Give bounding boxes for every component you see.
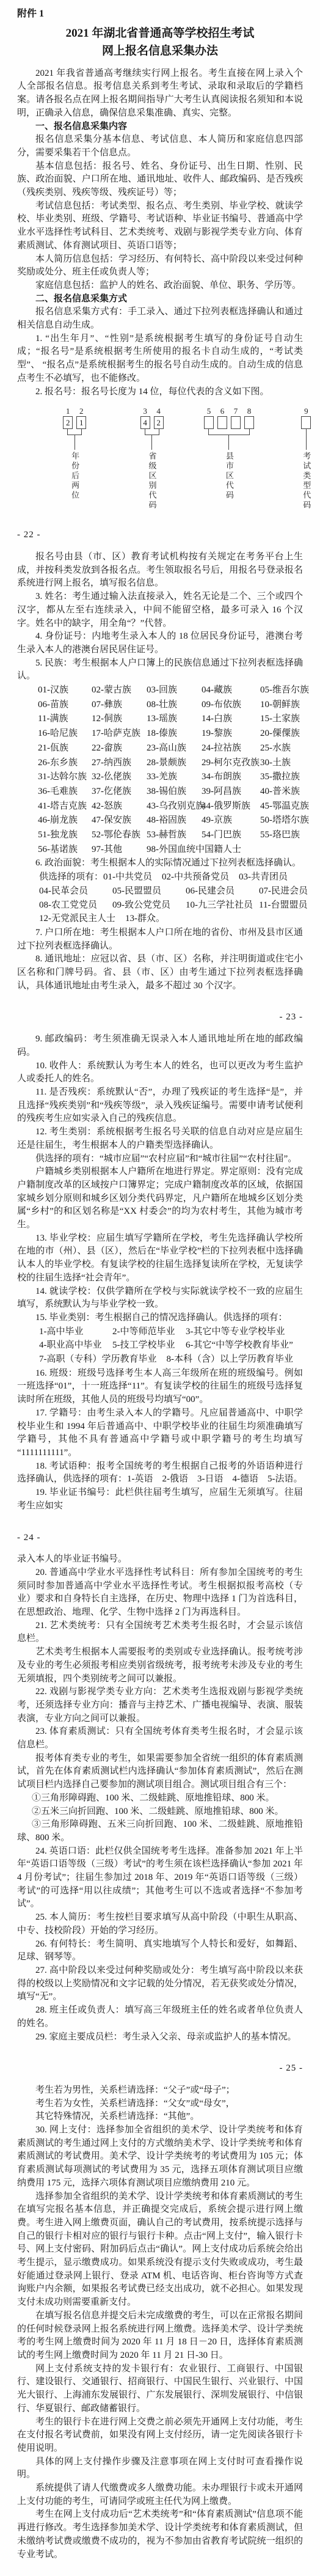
paragraph: 6. 政治面貌：考生根据本人的实际情况通过下拉列表框选择确认。 xyxy=(17,857,303,870)
ethnicity-item: 13-瑶族 xyxy=(147,713,202,726)
option-item: 12-无党派民主人士 xyxy=(39,912,115,926)
doc-title-line2: 网上报名信息采集办法 xyxy=(17,42,303,60)
option-item: 04-民革会员 xyxy=(39,885,103,898)
paragraph: ③三角形障碍跑、五米三向折回跑、100 米、二级蛙跳、原地推铅球、800 米。 xyxy=(17,1818,303,1844)
digit-position-label: 6 xyxy=(220,406,225,416)
ethnicity-item: 33-羌族 xyxy=(147,771,202,784)
ethnicity-item: 36-毛难族 xyxy=(38,785,92,799)
digit-cell: 9 xyxy=(300,406,312,429)
ethnicity-item: 20-傈僳族 xyxy=(260,727,309,741)
paragraph: 录入本人的毕业证书编号。 xyxy=(17,1553,303,1566)
paragraph: ②五米三向折回跑、100 米、二级蛙跳、原地推铅球、800 米。 xyxy=(17,1805,303,1819)
option-row: 04-民革会员05-民盟盟员06-民建会员07-民进会员 xyxy=(17,885,303,898)
ethnicity-item: 14-白族 xyxy=(202,713,260,726)
page-number: - 22 - xyxy=(17,529,303,542)
digit-box: 2 xyxy=(63,416,73,429)
paragraph: 考试信息包括：考试类型、报名点、考生类别、毕业学校、就读学校、毕业类别、班级、学… xyxy=(17,200,303,253)
ethnicity-item: 40-普米族 xyxy=(260,785,309,799)
registration-number-diagram: 1221年份后两位3442省级区别代码5678县市区代码9考试类型代码10考试科… xyxy=(42,406,303,510)
option-row: 12-无党派民主人士13-群众。 xyxy=(17,912,303,926)
digit-cells: 3442 xyxy=(139,406,164,429)
digit-cells: 9 xyxy=(300,406,312,429)
paragraph: 其它特殊情况，关系栏请选择：“其他”。 xyxy=(17,2110,303,2124)
paragraph: 网上支付系统支持的发卡银行有：农业银行、工商银行、中国银行、建设银行、交通银行、… xyxy=(17,2363,303,2416)
digit-box: 1 xyxy=(76,416,86,429)
ethnicity-item: 11-满族 xyxy=(38,713,92,726)
ethnicity-item: 04-藏族 xyxy=(202,684,260,697)
section-heading: 一、报名信息采集内容 xyxy=(17,120,303,134)
ethnicity-item: 48-裕固族 xyxy=(147,814,202,827)
ethnicity-item: 03-回族 xyxy=(147,684,202,697)
paragraph: 20. 普通高中学业水平选择性考试科目：所有参加全国统考的考生须同时参加普通高中… xyxy=(17,1566,303,1620)
option-item: 06-民建会员 xyxy=(186,885,249,898)
digit-position-label: 2 xyxy=(79,406,84,416)
paragraph: 2. 报名号：报名号长度为 14 位，每位代表的含义如下图。 xyxy=(17,386,303,399)
option-item: 13-群众。 xyxy=(125,912,189,926)
group-label: 省级区别代码 xyxy=(145,452,159,510)
digit-group: 9考试类型代码 xyxy=(266,406,320,510)
paragraph: 18. 考试语种：报考全国统考的考生根据自己报考的外语语种进行选择确认，供选择的… xyxy=(17,1460,303,1486)
ethnicity-item: 02-蒙古族 xyxy=(92,684,147,697)
digit-box xyxy=(217,416,227,429)
digit-cell: 34 xyxy=(139,406,151,429)
ethnicity-item: 19-黎族 xyxy=(202,727,260,741)
paragraph: 户籍城乡类别根据本人户籍所在地进行界定。界定原则：没有完成户籍制度改革的区域按户… xyxy=(17,1165,303,1232)
ethnicity-item: 25-水族 xyxy=(260,742,309,755)
paragraph: 10. 收件人：系统默认为考生本人的姓名，也可以更改为考生监护人或委托人的姓名。 xyxy=(17,1060,303,1086)
group-label: 县市区代码 xyxy=(222,452,236,501)
option-item: 02-中共预备党员 xyxy=(162,871,229,884)
paragraph: ①三角形障碍跑、100 米、二级蛙跳、原地推铅球、800 米。 xyxy=(17,1792,303,1805)
option-row: 7-高职（专科）学历教育毕业8-本科（含）以上学历教育毕业 xyxy=(17,1353,303,1367)
page-number: - 24 - xyxy=(17,1532,303,1545)
ethnicity-item: 26-东乡族 xyxy=(38,757,92,770)
paragraph: 12. 考生类别：系统根据考生报名号关联的信息自动对应是应届生还是往届生，考生根… xyxy=(17,1126,303,1152)
ethnicity-item: 52-鄂伦春族 xyxy=(92,829,147,842)
group-stem xyxy=(151,435,152,450)
ethnicity-item: 45-鄂温克族 xyxy=(260,800,309,813)
paragraph: 9. 邮政编码：考生须准确无误录入本人通讯地址所在地的邮政编码。 xyxy=(17,1033,303,1059)
ethnicity-item: 34-布朗族 xyxy=(202,771,260,784)
document-page: 附件 1 2021 年湖北省普通高等学校招生考试 网上报名信息采集办法 2021… xyxy=(0,0,320,2576)
option-item: 11-台盟盟员 xyxy=(259,899,320,912)
digit-position-label: 5 xyxy=(207,406,211,416)
paragraph: 25. 本人简历：考生按栏目要求填写从高中阶段（中职生从职高、中专、技校阶段）开… xyxy=(17,1911,303,1937)
ethnicity-item: 29-柯尔克孜族 xyxy=(202,757,260,770)
paragraph: 15. 毕业类别：考生根据自己的情况选择确认。供选择的项有： xyxy=(17,1312,303,1325)
digit-cell: 6 xyxy=(216,406,228,429)
option-item: 10-九三学社社员 xyxy=(186,899,249,912)
ethnicity-item: 28-景颇族 xyxy=(147,757,202,770)
ethnicity-item: 08-壮族 xyxy=(147,699,202,712)
ethnicity-item: 15-土家族 xyxy=(260,713,309,726)
paragraph: 16. 班级：班级号选择考生本人高三年级所在班的班级编号。例如一班选择“01”，… xyxy=(17,1367,303,1407)
page-number: - 25 - xyxy=(17,2062,303,2075)
digit-row: 1221年份后两位3442省级区别代码5678县市区代码9考试类型代码10考试科… xyxy=(42,406,303,510)
option-item: 03-共青团员 xyxy=(239,871,302,884)
ethnicity-item: 10-朝鲜族 xyxy=(260,699,309,712)
digit-cells: 5678 xyxy=(203,406,255,429)
paragraph: 选择参加全省组织的美术学、设计学类统考和体育素质测试的考生在填写完报名基本信息，… xyxy=(17,2190,303,2310)
paragraph: 艺术类考生根据本人需要报考的类别或专业选择确认。报考统考涉及专业的考生必须报考相… xyxy=(17,1646,303,1686)
ethnicity-item: 05-维吾尔族 xyxy=(260,684,309,697)
ethnicity-item: 42-怒族 xyxy=(92,800,147,813)
option-row: 08-农工党党员09-致公党党员10-九三学社社员11-台盟盟员 xyxy=(17,899,303,912)
ethnicity-item: 18-傣族 xyxy=(147,727,202,741)
digit-cell: 12 xyxy=(62,406,74,429)
paragraph: 系统提供了请人代缴费或多人缴费功能。未办理银行卡或未开通网上支付功能的考生，可请… xyxy=(17,2482,303,2508)
digit-position-label: 7 xyxy=(234,406,238,416)
option-row: 供选择的项有：01-中共党员02-中共预备党员03-共青团员 xyxy=(17,871,303,884)
ethnicity-item: 06-苗族 xyxy=(38,699,92,712)
option-item: 8-本科（含）以上学历教育毕业 xyxy=(167,1353,294,1367)
paragraph: 家庭信息包括：监护人的姓名、政治面貌、单位、职务、学历等。 xyxy=(17,279,303,293)
paragraph: 26. 有何特长：考生简明、真实地填写个人特长和爱好，如舞蹈、足球、钢琴等。 xyxy=(17,1938,303,1964)
digit-box xyxy=(204,416,214,429)
ethnicity-item: 31-达斡尔族 xyxy=(38,771,92,784)
paragraph: 27. 高中阶段以来受过何种奖励或处分：考生填写高中阶段以来获得的校级以上奖励情… xyxy=(17,1964,303,2004)
option-item: 08-农工党党员 xyxy=(39,899,103,912)
group-stem xyxy=(75,435,75,450)
paragraph: 报考体育类专业的考生，如果需要参加全省统一组织的体育素质测试，首先在体育素质测试… xyxy=(17,1752,303,1792)
option-item: 5-技工学校毕业 xyxy=(112,1339,176,1352)
ethnicity-list: 01-汉族02-蒙古族03-回族04-藏族05-维吾尔族06-苗族07-彝族08… xyxy=(17,684,303,856)
group-bracket xyxy=(145,429,159,435)
ethnicity-item: 09-布依族 xyxy=(202,699,260,712)
paragraph: 5. 民族：考生根据本人户口簿上的民族信息通过下拉列表框选择确认。 xyxy=(17,657,303,683)
option-item: 1-高中毕业 xyxy=(39,1326,103,1339)
ethnicity-item: 22-畲族 xyxy=(92,742,147,755)
ethnicity-item: 23-高山族 xyxy=(147,742,202,755)
paragraph: 供选择的项有：“城市应届”“农村应届”和“城市往届”“农村往届”。 xyxy=(17,1153,303,1166)
paragraph: 28. 班主任或负责人：填写高三年级班主任的姓名或者单位负责人的姓名。 xyxy=(17,2004,303,2030)
option-item: 6-其它“中等学校教育毕业” xyxy=(186,1339,293,1352)
option-row: 1-高中毕业2-中等师范毕业3-其它中等专业学校毕业 xyxy=(17,1326,303,1339)
group-bracket xyxy=(67,429,82,435)
option-item: 2-中等师范毕业 xyxy=(112,1326,176,1339)
ethnicity-item: 16-哈尼族 xyxy=(38,727,92,741)
doc-title: 2021 年湖北省普通高等学校招生考试 网上报名信息采集办法 xyxy=(17,24,303,60)
digit-group: 3442省级区别代码 xyxy=(112,406,192,510)
doc-title-line1: 2021 年湖北省普通高等学校招生考试 xyxy=(17,24,303,42)
ethnicity-item: 39-阿昌族 xyxy=(202,785,260,799)
group-label: 年份后两位 xyxy=(68,452,81,501)
paragraph: 4. 身份证号：内地考生录入本人的 18 位居民身份证号，港澳台考生录入本人的港… xyxy=(17,630,303,656)
ethnicity-item: 07-彝族 xyxy=(92,699,147,712)
ethnicity-item: 32-仫佬族 xyxy=(92,771,147,784)
paragraph: 21. 艺术类统考：只有全国统考艺术类考生报名时，才会显示该信息栏。 xyxy=(17,1620,303,1646)
digit-box xyxy=(244,416,254,429)
option-item: 3-其它中等专业学校毕业 xyxy=(186,1326,285,1339)
ethnicity-item: 46-崩龙族 xyxy=(38,814,92,827)
ethnicity-item: 51-独龙族 xyxy=(38,829,92,842)
ethnicity-item: 54-门巴族 xyxy=(202,829,260,842)
digit-position-label: 8 xyxy=(247,406,252,416)
paragraph: 17. 学籍号：由考生录入本人的学籍号。凡应届普通高中、中职学校毕业生和 199… xyxy=(17,1407,303,1460)
digit-position-label: 1 xyxy=(66,406,70,416)
ethnicity-item: 56-基诺族 xyxy=(38,843,92,857)
paragraph: 考生若为女性，关系栏请选择：“父女”或“母女”， xyxy=(17,2097,303,2111)
paragraph: 在填写报名信息并提交后未完成缴费的考生，可以在正常报名期间的任何时候登录网上报名… xyxy=(17,2310,303,2363)
attachment-label: 附件 1 xyxy=(17,7,303,21)
digit-box xyxy=(301,416,311,429)
digit-position-label: 3 xyxy=(143,406,147,416)
paragraph: 29. 家庭主要成员栏：考生录入父亲、母亲或监护人的基本情况。 xyxy=(17,2031,303,2044)
option-row: 4-职业高中毕业5-技工学校毕业6-其它“中等学校教育毕业” xyxy=(17,1339,303,1352)
ethnicity-item: 41-塔吉克族 xyxy=(38,800,92,813)
digit-group: 5678县市区代码 xyxy=(196,406,263,501)
ethnicity-item: 27-纳西族 xyxy=(92,757,147,770)
ethnicity-item: 37-仡佬族 xyxy=(92,785,147,799)
digit-box xyxy=(231,416,241,429)
option-item: 05-民盟盟员 xyxy=(112,885,176,898)
digit-box: 2 xyxy=(154,416,164,429)
paragraph: 11. 是否残疾：系统默认“否”，办理了残疾证的考生选择“是”，并且选择“残疾类… xyxy=(17,1086,303,1126)
paragraph: 19. 毕业证书编号：此栏供往届考生填写，应届生无须填写。往届考生应如实 xyxy=(17,1486,303,1513)
paragraph: 22. 戏剧与影视学类专业方向：艺术类考生选报戏剧与影视学类统考，还须选择专业方… xyxy=(17,1686,303,1725)
ethnicity-item: 21-佤族 xyxy=(38,742,92,755)
ethnicity-item: 12-侗族 xyxy=(92,713,147,726)
ethnicity-item: 17-哈萨克族 xyxy=(92,727,147,741)
paragraph: 报名信息采集分基本信息、考试信息、本人简历和家庭信息四部分，需要采集若干个信息点… xyxy=(17,133,303,160)
digit-cell: 5 xyxy=(203,406,214,429)
ethnicity-item: 24-拉祜族 xyxy=(202,742,260,755)
digit-group: 1221年份后两位 xyxy=(42,406,108,501)
paragraph: 30. 网上支付：选择参加全省组织的美术学、设计学类统考和体育素质测试的考生通过… xyxy=(17,2124,303,2190)
option-item: 07-民进会员 xyxy=(259,885,320,898)
group-label: 考试类型代码 xyxy=(300,452,313,510)
digit-cells: 1221 xyxy=(62,406,87,429)
option-item: 7-高职（专科）学历教育毕业 xyxy=(39,1353,157,1367)
ethnicity-item: 44-俄罗斯族 xyxy=(202,800,260,813)
ethnicity-item: 98-外国血统中国籍人士 xyxy=(147,843,309,857)
ethnicity-item: 35-撒拉族 xyxy=(260,771,309,784)
group-stem xyxy=(228,435,229,450)
paragraph: 23. 体育素质测试：只有全国统考体育类考生报名时，才会显示该信息栏。 xyxy=(17,1725,303,1752)
paragraph: 基本信息包括：报名号、姓名、身份证号、出生日期、性别、民族、政治面貌、户口所在地… xyxy=(17,160,303,200)
paragraph: 本人简历信息包括：学习经历、有何特长、高中阶段以来受过何种奖励或处分、班主任或负… xyxy=(17,253,303,279)
paragraph: 14. 就读学校：仅供学籍所在学校与实际就读学校不一致的应届生填写，系统默认为与… xyxy=(17,1285,303,1312)
paragraph: 1. “出生年月”、“性别”是系统根据考生填写的身份证号自动生成；“报名号”是系… xyxy=(17,332,303,386)
digit-box: 4 xyxy=(140,416,150,429)
option-item: 09-致公党党员 xyxy=(112,899,176,912)
paragraph: 13. 毕业学校：应届生填写学籍所在学校，考生先选择确认学校所在地的市（州）、县… xyxy=(17,1232,303,1285)
digit-position-label: 9 xyxy=(304,406,308,416)
digit-position-label: 4 xyxy=(156,406,161,416)
group-stem xyxy=(306,429,307,450)
paragraph: 2021 年我省普通高考继续实行网上报名。考生直接在网上录入个人全部报名信息。报… xyxy=(17,67,303,120)
ethnicity-item: 43-乌孜别克族 xyxy=(147,800,202,813)
paragraph: 7. 户口所在地：考生根据本人户口所在地的省份、市州及县市区通过下拉列表框选择确… xyxy=(17,927,303,953)
ethnicity-item: 30-土族 xyxy=(260,757,309,770)
ethnicity-item: 55-珞巴族 xyxy=(260,829,309,842)
section-heading: 二、报名信息采集方式 xyxy=(17,293,303,306)
paragraph: 3. 姓名：考生通过输入法直接录入，姓名无论是二个、三个或四个汉字，都从左至右连… xyxy=(17,590,303,630)
paragraph: 具体的网上支付操作步骤及注意事项在网上支付时可查看操作说明。 xyxy=(17,2456,303,2482)
paragraph: 报名号由县（市、区）教育考试机构按有关规定在考务平台上生成，并按科类发放到各报名… xyxy=(17,551,303,590)
digit-cell: 7 xyxy=(230,406,241,429)
digit-cell: 42 xyxy=(153,406,164,429)
document-body: 2021 年我省普通高考继续实行网上报名。考生直接在网上录入个人全部报名信息。报… xyxy=(17,67,303,2562)
ethnicity-item: 97-其他 xyxy=(92,843,147,857)
paragraph: 考生若为男性，关系栏请选择：“父子”或“母子”； xyxy=(17,2084,303,2097)
ethnicity-item: 47-保安族 xyxy=(92,814,147,827)
ethnicity-item: 01-汉族 xyxy=(38,684,92,697)
group-bracket xyxy=(208,429,250,435)
option-item: 4-职业高中毕业 xyxy=(39,1339,103,1352)
ethnicity-item: 49-京族 xyxy=(202,814,260,827)
digit-cell: 8 xyxy=(243,406,255,429)
paragraph: 8. 通讯地址：应冠以省、县（市、区）名称，并注明街道或住宅小区名称和门牌号码。… xyxy=(17,953,303,993)
ethnicity-item: 38-锡伯族 xyxy=(147,785,202,799)
option-item: 供选择的项有：01-中共党员 xyxy=(39,871,152,884)
paragraph: 24. 英语口语：此栏仅供全国统考考生选择。准备参加 2021 年上半年“英语口… xyxy=(17,1845,303,1912)
paragraph: 考生的银行卡在进行网上交费之前必须先开通网上支付功能，考生在支付报名考试费前，如… xyxy=(17,2416,303,2456)
page-number: - 23 - xyxy=(17,1011,303,1024)
digit-cell: 21 xyxy=(76,406,87,429)
paragraph: 考生在网上支付成功后“艺术类统考”和“体育素质测试”信息项不能再进行修改。考生选… xyxy=(17,2508,303,2561)
ethnicity-item: 50-塔塔尔族 xyxy=(260,814,309,827)
ethnicity-item: 53-赫哲族 xyxy=(147,829,202,842)
paragraph: 报名信息采集方式有：手工录入、通过下拉列表框选择确认和通过相关信息自动生成。 xyxy=(17,306,303,332)
